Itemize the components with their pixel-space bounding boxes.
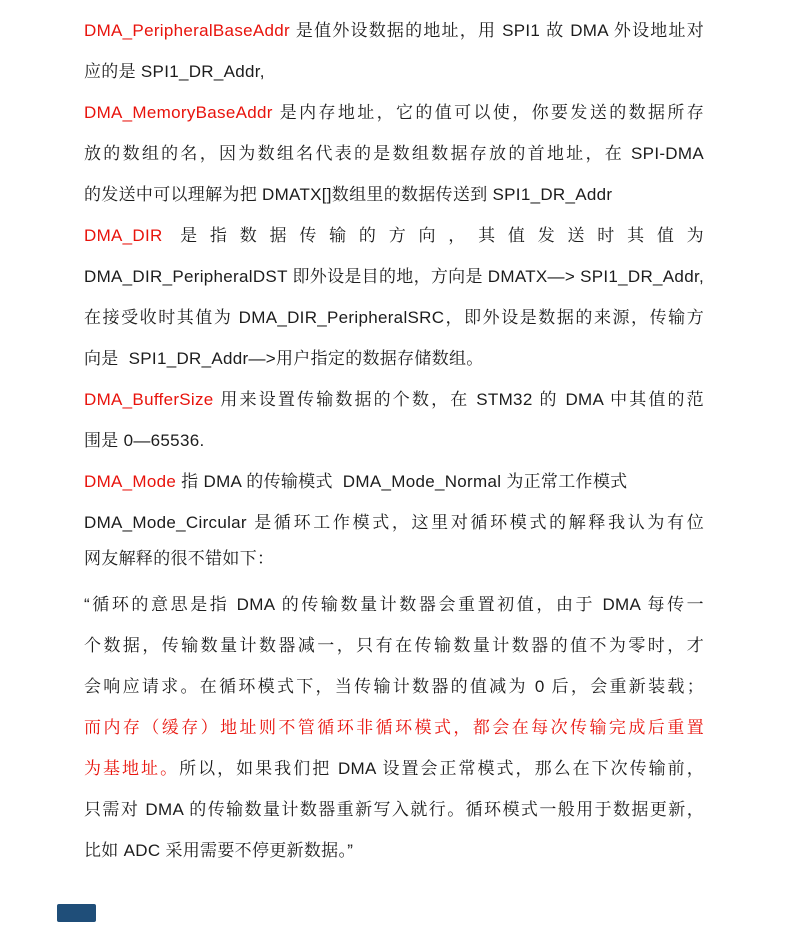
next-page-table-fragment [57,904,96,922]
document-page: DMA_PeripheralBaseAddr 是值外设数据的地址，用 SPI1 … [0,0,793,932]
text-line: 而内存（缓存）地址则不管循环非循环模式，都会在每次传输完成后重置 [84,707,704,748]
text-segment: 所以，如果我们把 DMA 设置会正常模式，那么在下次传输前， [179,759,704,778]
text-segment: 是指数据传输的方向，其值发送时其值为 [163,226,704,245]
text-segment: 围是 0—65536. [84,431,204,450]
text-line: 向是 SPI1_DR_Addr—>用户指定的数据存储数组。 [84,338,704,379]
text-segment: 会响应请求。在循环模式下，当传输计数器的值减为 0 后，会重新装载； [84,677,704,696]
text-segment: 只需对 DMA 的传输数量计数器重新写入就行。循环模式一般用于数据更新， [84,800,704,819]
text-segment: 放的数组的名，因为数组名代表的是数组数据存放的首地址，在 SPI-DMA [84,144,704,163]
dma-keyword-red: DMA_Mode [84,472,176,491]
text-line: 比如 ADC 采用需要不停更新数据。” [84,830,704,871]
text-segment: “循环的意思是指 DMA 的传输数量计数器会重置初值，由于 DMA 每传一 [84,595,704,614]
text-segment: DMA_DIR_PeripheralDST 即外设是目的地，方向是 DMATX—… [84,267,704,286]
text-line: DMA_DIR 是指数据传输的方向，其值发送时其值为 [84,215,704,256]
text-segment: 个数据，传输数量计数器减一，只有在传输数量计数器的值不为零时，才 [84,636,704,655]
text-line: DMA_Mode 指 DMA 的传输模式 DMA_Mode_Normal 为正常… [84,461,704,502]
text-segment: 在接受收时其值为 DMA_DIR_PeripheralSRC，即外设是数据的来源… [84,308,704,327]
dma-keyword-red: DMA_MemoryBaseAddr [84,103,273,122]
text-line: 的发送中可以理解为把 DMATX[]数组里的数据传送到 SPI1_DR_Addr [84,174,704,215]
text-segment: DMA_Mode_Circular 是循环工作模式，这里对循环模式的解释我认为有… [84,513,704,532]
text-line: 会响应请求。在循环模式下，当传输计数器的值减为 0 后，会重新装载； [84,666,704,707]
text-line: 个数据，传输数量计数器减一，只有在传输数量计数器的值不为零时，才 [84,625,704,666]
text-line: DMA_DIR_PeripheralDST 即外设是目的地，方向是 DMATX—… [84,256,704,297]
text-line: 在接受收时其值为 DMA_DIR_PeripheralSRC，即外设是数据的来源… [84,297,704,338]
dma-keyword-red: 而内存（缓存）地址则不管循环非循环模式，都会在每次传输完成后重置 [84,718,704,737]
dma-keyword-red: DMA_BufferSize [84,390,214,409]
text-segment: 是内存地址，它的值可以使，你要发送的数据所存 [273,103,704,122]
text-line: 只需对 DMA 的传输数量计数器重新写入就行。循环模式一般用于数据更新， [84,789,704,830]
text-line: DMA_MemoryBaseAddr 是内存地址，它的值可以使，你要发送的数据所… [84,92,704,133]
dma-keyword-red: DMA_PeripheralBaseAddr [84,21,290,40]
text-line: DMA_BufferSize 用来设置传输数据的个数，在 STM32 的 DMA… [84,379,704,420]
text-line: “循环的意思是指 DMA 的传输数量计数器会重置初值，由于 DMA 每传一 [84,584,704,625]
text-segment: 网友解释的很不错如下： [84,549,274,568]
text-line: DMA_PeripheralBaseAddr 是值外设数据的地址，用 SPI1 … [84,10,704,51]
text-line: DMA_Mode_Circular 是循环工作模式，这里对循环模式的解释我认为有… [84,502,704,543]
document-body: DMA_PeripheralBaseAddr 是值外设数据的地址，用 SPI1 … [84,10,704,871]
dma-keyword-red: 为基地址。 [84,759,179,778]
text-line: 网友解释的很不错如下： [84,538,704,579]
text-segment: 向是 SPI1_DR_Addr—>用户指定的数据存储数组。 [84,349,484,368]
text-line: 应的是 SPI1_DR_Addr, [84,51,704,92]
text-line: 围是 0—65536. [84,420,704,461]
text-segment: 用来设置传输数据的个数，在 STM32 的 DMA 中其值的范 [214,390,704,409]
text-line: 为基地址。所以，如果我们把 DMA 设置会正常模式，那么在下次传输前， [84,748,704,789]
text-segment: 是值外设数据的地址，用 SPI1 故 DMA 外设地址对 [290,21,704,40]
dma-keyword-red: DMA_DIR [84,226,163,245]
text-line: 放的数组的名，因为数组名代表的是数组数据存放的首地址，在 SPI-DMA [84,133,704,174]
text-segment: 的发送中可以理解为把 DMATX[]数组里的数据传送到 SPI1_DR_Addr [84,185,612,204]
text-segment: 指 DMA 的传输模式 DMA_Mode_Normal 为正常工作模式 [176,472,627,491]
text-segment: 应的是 SPI1_DR_Addr, [84,62,265,81]
text-segment: 比如 ADC 采用需要不停更新数据。” [84,841,353,860]
